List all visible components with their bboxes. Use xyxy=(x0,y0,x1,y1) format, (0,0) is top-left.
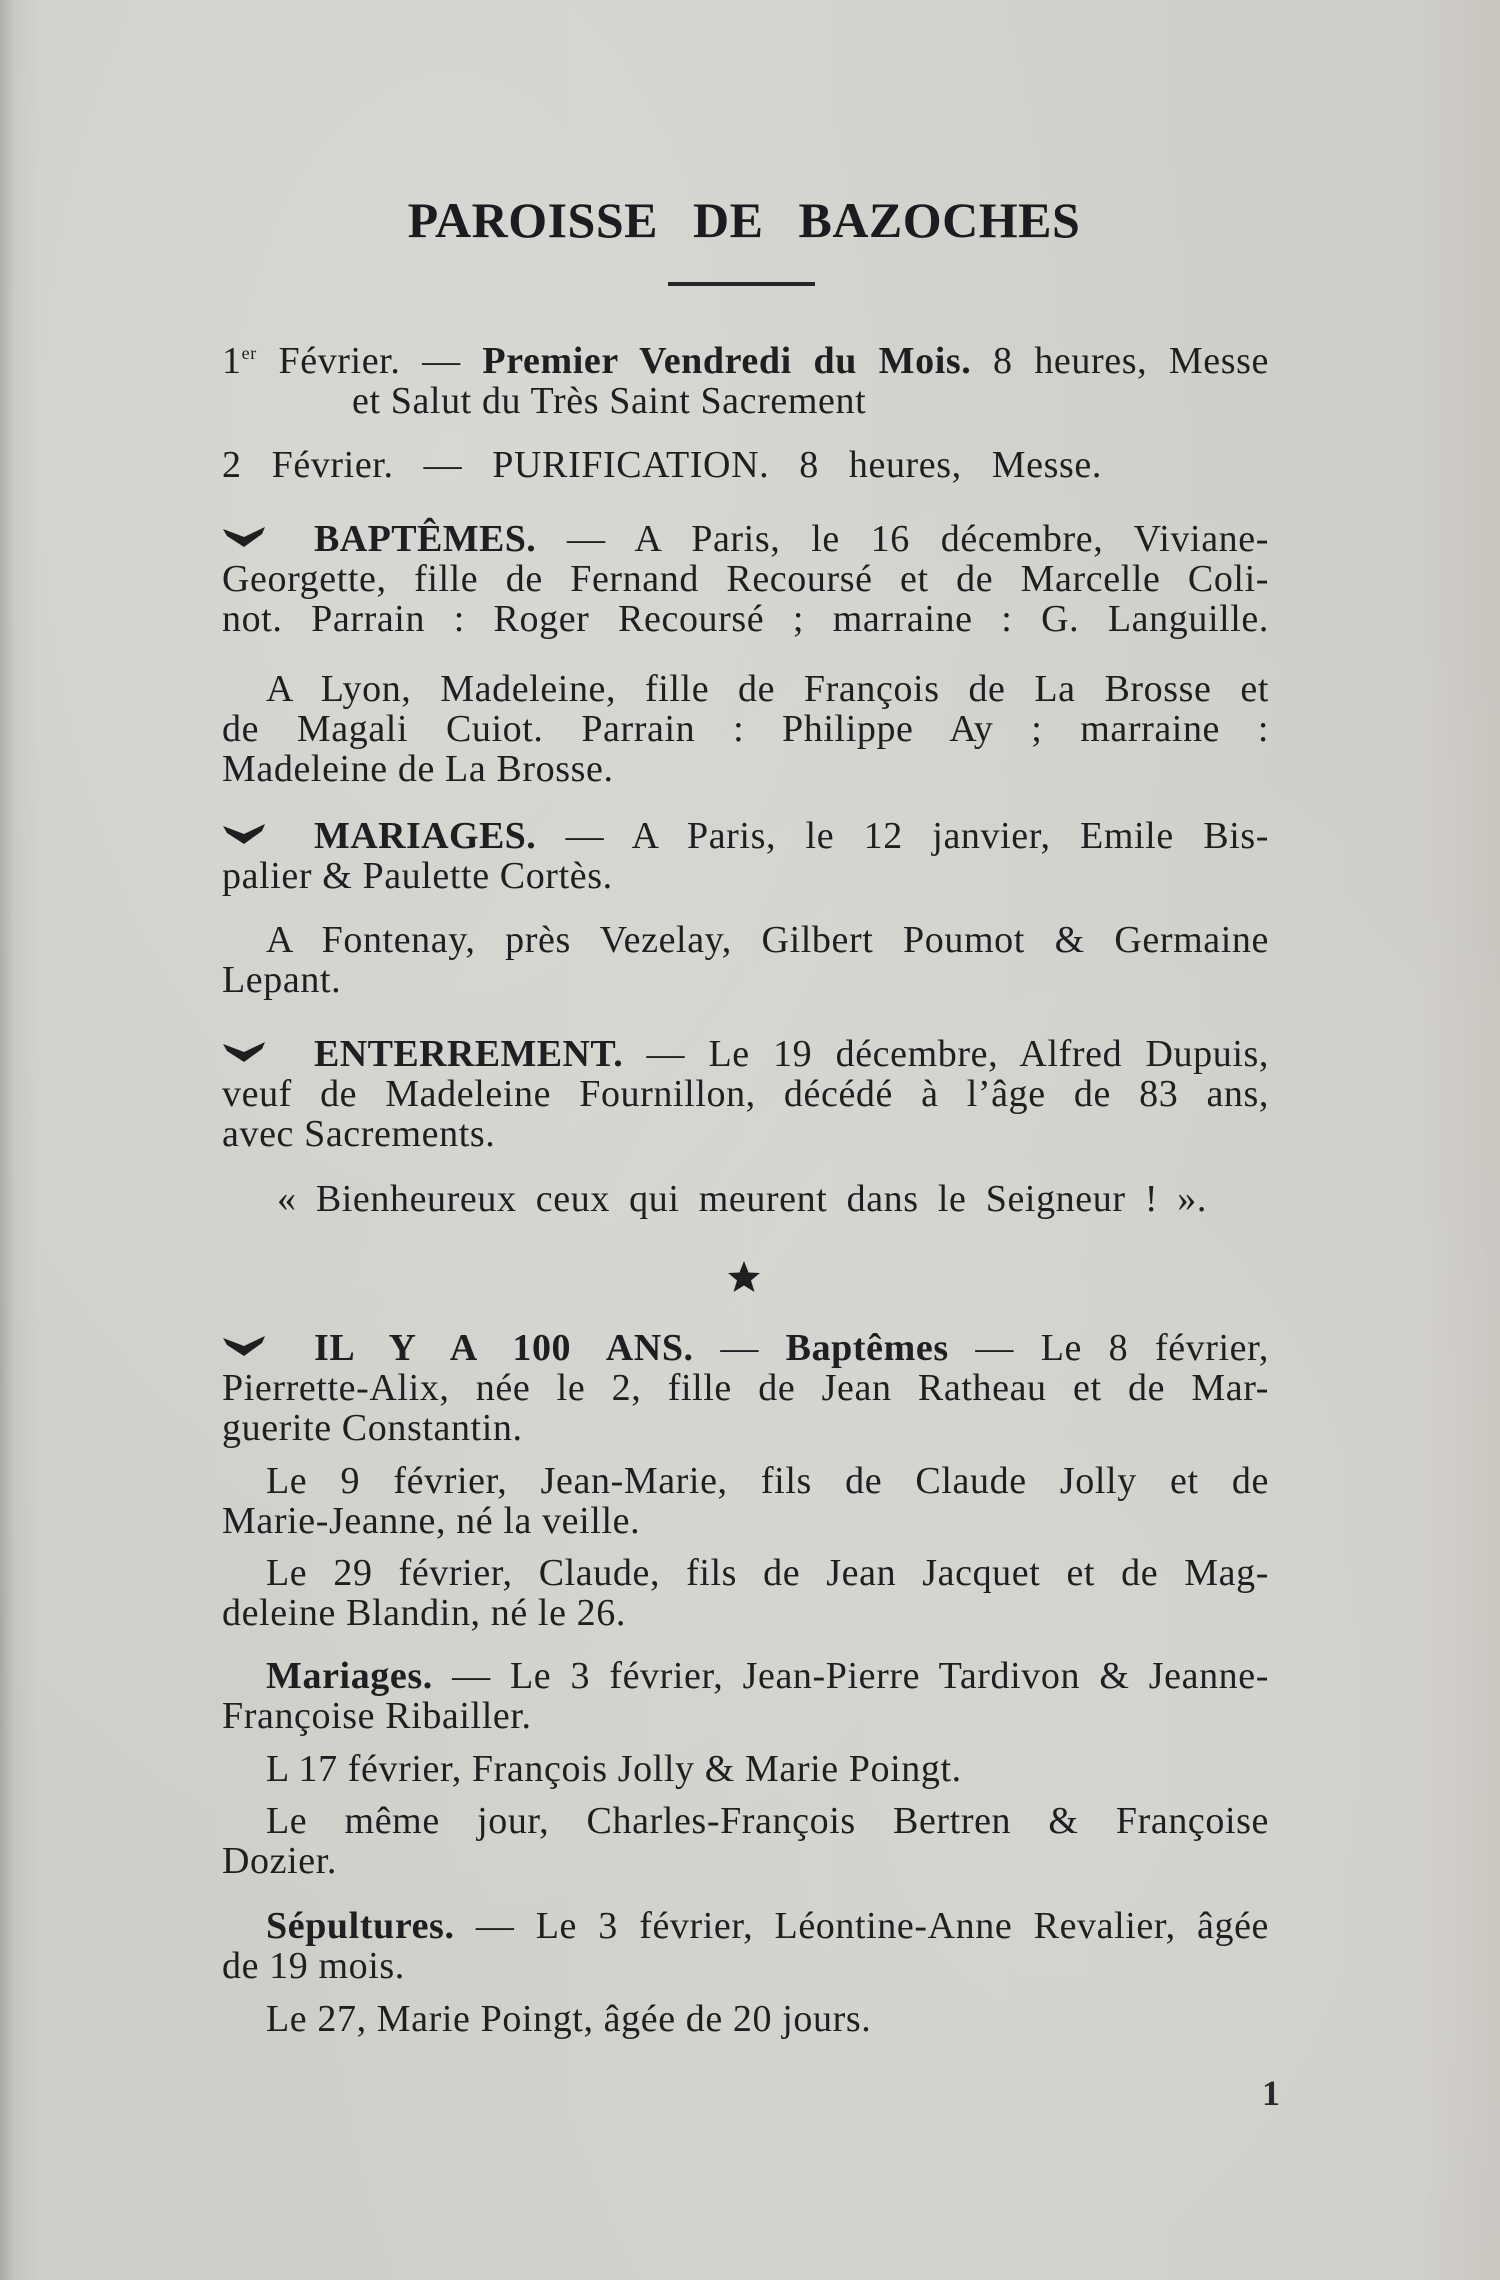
text-line: IL Y A 100 ANS. — Baptêmes — Le 8 févrie… xyxy=(222,1328,1269,1368)
text-line: « Bienheureux ceux qui meurent dans le S… xyxy=(277,1179,1207,1219)
entry-bapteme-lyon: A Lyon, Madeleine, fille de François de … xyxy=(222,669,1269,789)
section-il-y-a-100-ans: IL Y A 100 ANS. — Baptêmes — Le 8 févrie… xyxy=(222,1328,1269,1448)
text-line: avec Sacrements. xyxy=(222,1114,1269,1154)
text-line: A Fontenay, près Vezelay, Gilbert Poumot… xyxy=(222,920,1269,960)
entry-bapteme-claude: Le 29 février, Claude, fils de Jean Jacq… xyxy=(222,1553,1269,1633)
text-line: 1er Février. — Premier Vendredi du Mois.… xyxy=(222,341,1269,381)
section-text: — Le 8 février, xyxy=(949,1327,1269,1369)
text-line: Le 27, Marie Poingt, âgée de 20 jours. xyxy=(222,1999,1269,2039)
ordinal-suffix: er xyxy=(242,343,257,363)
section-text: — Le 3 février, Jean-Pierre Tardivon & J… xyxy=(433,1655,1269,1697)
text-line: et Salut du Très Saint Sacrement xyxy=(222,381,1269,421)
separator-dash: — xyxy=(694,1327,786,1369)
text-line: de Magali Cuiot. Parrain : Philippe Ay ;… xyxy=(222,709,1269,749)
section-enterrement: ENTERREMENT. — Le 19 décembre, Alfred Du… xyxy=(222,1034,1269,1154)
entry-mariage-fontenay: A Fontenay, près Vezelay, Gilbert Poumot… xyxy=(222,920,1269,1000)
subsection-mariages: Mariages. — Le 3 février, Jean-Pierre Ta… xyxy=(222,1656,1269,1736)
page-title: PAROISSE DE BAZOCHES xyxy=(389,190,1099,250)
text-line: L 17 février, François Jolly & Marie Poi… xyxy=(222,1749,1269,1789)
text-line: MARIAGES. — A Paris, le 12 janvier, Emil… xyxy=(222,816,1269,856)
subsection-sepultures: Sépultures. — Le 3 février, Léontine-Ann… xyxy=(222,1906,1269,1986)
text-line: BAPTÊMES. — A Paris, le 16 décembre, Viv… xyxy=(222,519,1269,559)
subsection-heading: Baptêmes xyxy=(786,1327,949,1369)
subsection-heading: Sépultures. xyxy=(266,1905,455,1947)
text-line: Mariages. — Le 3 février, Jean-Pierre Ta… xyxy=(222,1656,1269,1696)
entry-bapteme-jean-marie: Le 9 février, Jean-Marie, fils de Claude… xyxy=(222,1461,1269,1541)
chevron-down-icon xyxy=(222,1334,266,1358)
text-line: Le 9 février, Jean-Marie, fils de Claude… xyxy=(222,1461,1269,1501)
text-line: de 19 mois. xyxy=(222,1946,1269,1986)
section-heading: BAPTÊMES. xyxy=(314,518,536,560)
announcement-purification: 2 Février. — PURIFICATION. 8 heures, Mes… xyxy=(222,445,1102,485)
section-heading: MARIAGES. xyxy=(314,815,536,857)
subsection-heading: Mariages. xyxy=(266,1655,433,1697)
text-line: not. Parrain : Roger Recoursé ; marraine… xyxy=(222,599,1269,639)
text-line: deleine Blandin, né le 26. xyxy=(222,1593,1269,1633)
page-number: 1 xyxy=(1262,2072,1280,2114)
text-line: Dozier. xyxy=(222,1841,1269,1881)
text-line: Le 29 février, Claude, fils de Jean Jacq… xyxy=(222,1553,1269,1593)
text-line: Françoise Ribailler. xyxy=(222,1696,1269,1736)
section-baptemes: BAPTÊMES. — A Paris, le 16 décembre, Viv… xyxy=(222,519,1269,639)
text-line: A Lyon, Madeleine, fille de François de … xyxy=(222,669,1269,709)
text-line: guerite Constantin. xyxy=(222,1408,1269,1448)
text-line: Marie-Jeanne, né la veille. xyxy=(222,1501,1269,1541)
event-name: Premier Vendredi du Mois. xyxy=(482,340,971,382)
text-line: Georgette, fille de Fernand Recoursé et … xyxy=(222,559,1269,599)
text-line: Pierrette-Alix, née le 2, fille de Jean … xyxy=(222,1368,1269,1408)
event-time: 8 heures, Messe xyxy=(971,340,1269,382)
section-heading: ENTERREMENT. xyxy=(314,1033,623,1075)
text-line: Madeleine de La Brosse. xyxy=(222,749,1269,789)
title-divider xyxy=(668,282,815,286)
section-text: — Le 3 février, Léontine-Anne Revalier, … xyxy=(455,1905,1269,1947)
text-line: veuf de Madeleine Fournillon, décédé à l… xyxy=(222,1074,1269,1114)
text-line: ENTERREMENT. — Le 19 décembre, Alfred Du… xyxy=(222,1034,1269,1074)
text-line: Lepant. xyxy=(222,960,1269,1000)
section-mariages: MARIAGES. — A Paris, le 12 janvier, Emil… xyxy=(222,816,1269,896)
section-text: — A Paris, le 16 décembre, Viviane- xyxy=(536,518,1269,560)
chevron-down-icon xyxy=(222,525,266,549)
entry-mariage-jolly: L 17 février, François Jolly & Marie Poi… xyxy=(222,1749,1269,1789)
section-text: — A Paris, le 12 janvier, Emile Bis- xyxy=(536,815,1269,857)
text-line: 2 Février. — PURIFICATION. 8 heures, Mes… xyxy=(222,445,1102,485)
text-line: Sépultures. — Le 3 février, Léontine-Ann… xyxy=(222,1906,1269,1946)
entry-mariage-bertren: Le même jour, Charles-François Bertren &… xyxy=(222,1801,1269,1881)
section-heading: IL Y A 100 ANS. xyxy=(314,1327,694,1369)
day-number: 1 xyxy=(222,340,242,382)
chevron-down-icon xyxy=(222,1040,266,1064)
date-text: Février. — xyxy=(257,340,483,382)
quote-bienheureux: « Bienheureux ceux qui meurent dans le S… xyxy=(277,1179,1207,1219)
text-line: Le même jour, Charles-François Bertren &… xyxy=(222,1801,1269,1841)
star-icon xyxy=(726,1259,762,1295)
section-text: — Le 19 décembre, Alfred Dupuis, xyxy=(623,1033,1269,1075)
chevron-down-icon xyxy=(222,822,266,846)
announcement-premier-vendredi: 1er Février. — Premier Vendredi du Mois.… xyxy=(222,341,1269,421)
text-line: palier & Paulette Cortès. xyxy=(222,856,1269,896)
entry-sepulture-poingt: Le 27, Marie Poingt, âgée de 20 jours. xyxy=(222,1999,1269,2039)
